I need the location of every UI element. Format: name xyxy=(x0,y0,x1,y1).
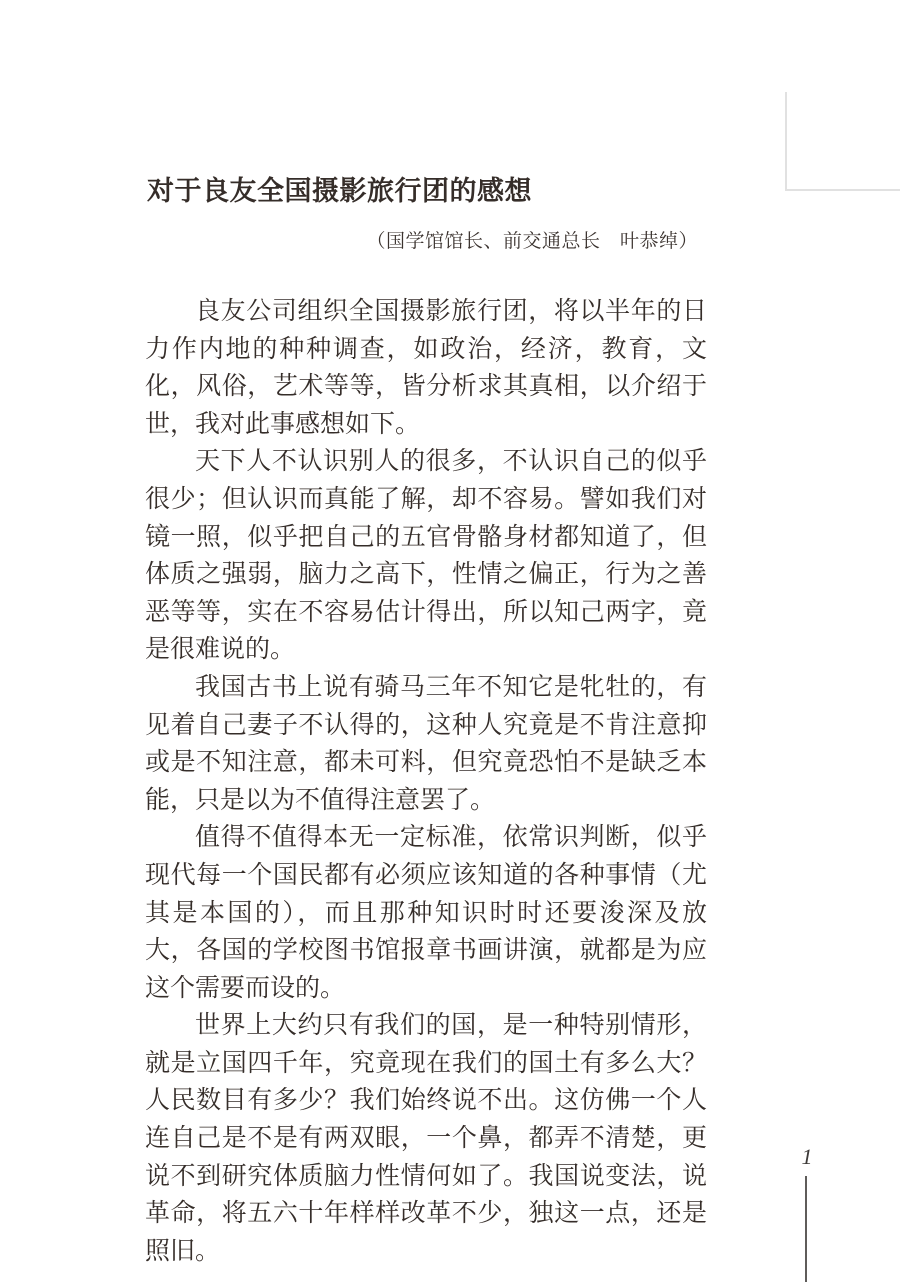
body-paragraph: 值得不值得本无一定标准，依常识判断，似乎现代每一个国民都有必须应该知道的各种事情… xyxy=(145,819,707,1007)
corner-frame-border xyxy=(785,92,900,191)
article-byline: （国学馆馆长、前交通总长 叶恭绰） xyxy=(145,229,698,255)
body-paragraph: 我国古书上说有骑马三年不知它是牝牡的，有见着自己妻子不认得的，这种人究竟是不肯注… xyxy=(145,669,707,819)
body-paragraph: 世界上大约只有我们的国，是一种特别情形，就是立国四千年，究竟现在我们的国土有多么… xyxy=(145,1007,707,1270)
document-page: 对于良友全国摄影旅行团的感想 （国学馆馆长、前交通总长 叶恭绰） 良友公司组织全… xyxy=(0,0,900,1282)
article-title: 对于良友全国摄影旅行团的感想 xyxy=(147,174,709,208)
body-paragraph: 天下人不认识别人的很多，不认识自己的似乎很少；但认识而真能了解，却不容易。譬如我… xyxy=(145,443,707,669)
body-paragraph: 良友公司组织全国摄影旅行团，将以半年的日力作内地的种种调查，如政治，经济，教育，… xyxy=(145,293,707,443)
page-number: 1 xyxy=(796,1144,818,1170)
article-body: 良友公司组织全国摄影旅行团，将以半年的日力作内地的种种调查，如政治，经济，教育，… xyxy=(145,293,707,1270)
footer-rule xyxy=(805,1176,807,1282)
